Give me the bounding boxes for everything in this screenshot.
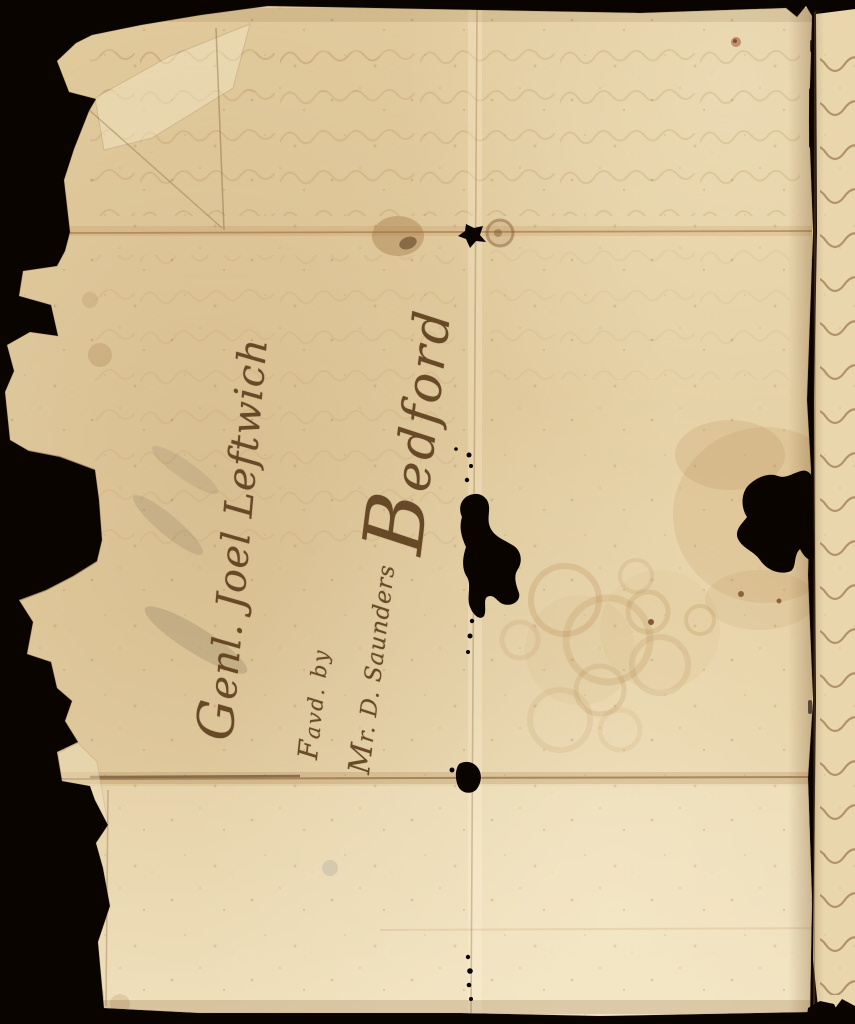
page-gap-crease [814, 12, 815, 1008]
adjacent-page-strip [813, 9, 855, 1011]
scanned-letter-cover: Genl. Joel Leftwich Bedford Favd. by Mr.… [0, 0, 855, 1024]
letter-scan-artwork [0, 0, 855, 1024]
paper-sheet [0, 0, 855, 1024]
gray-smudge [322, 860, 338, 876]
